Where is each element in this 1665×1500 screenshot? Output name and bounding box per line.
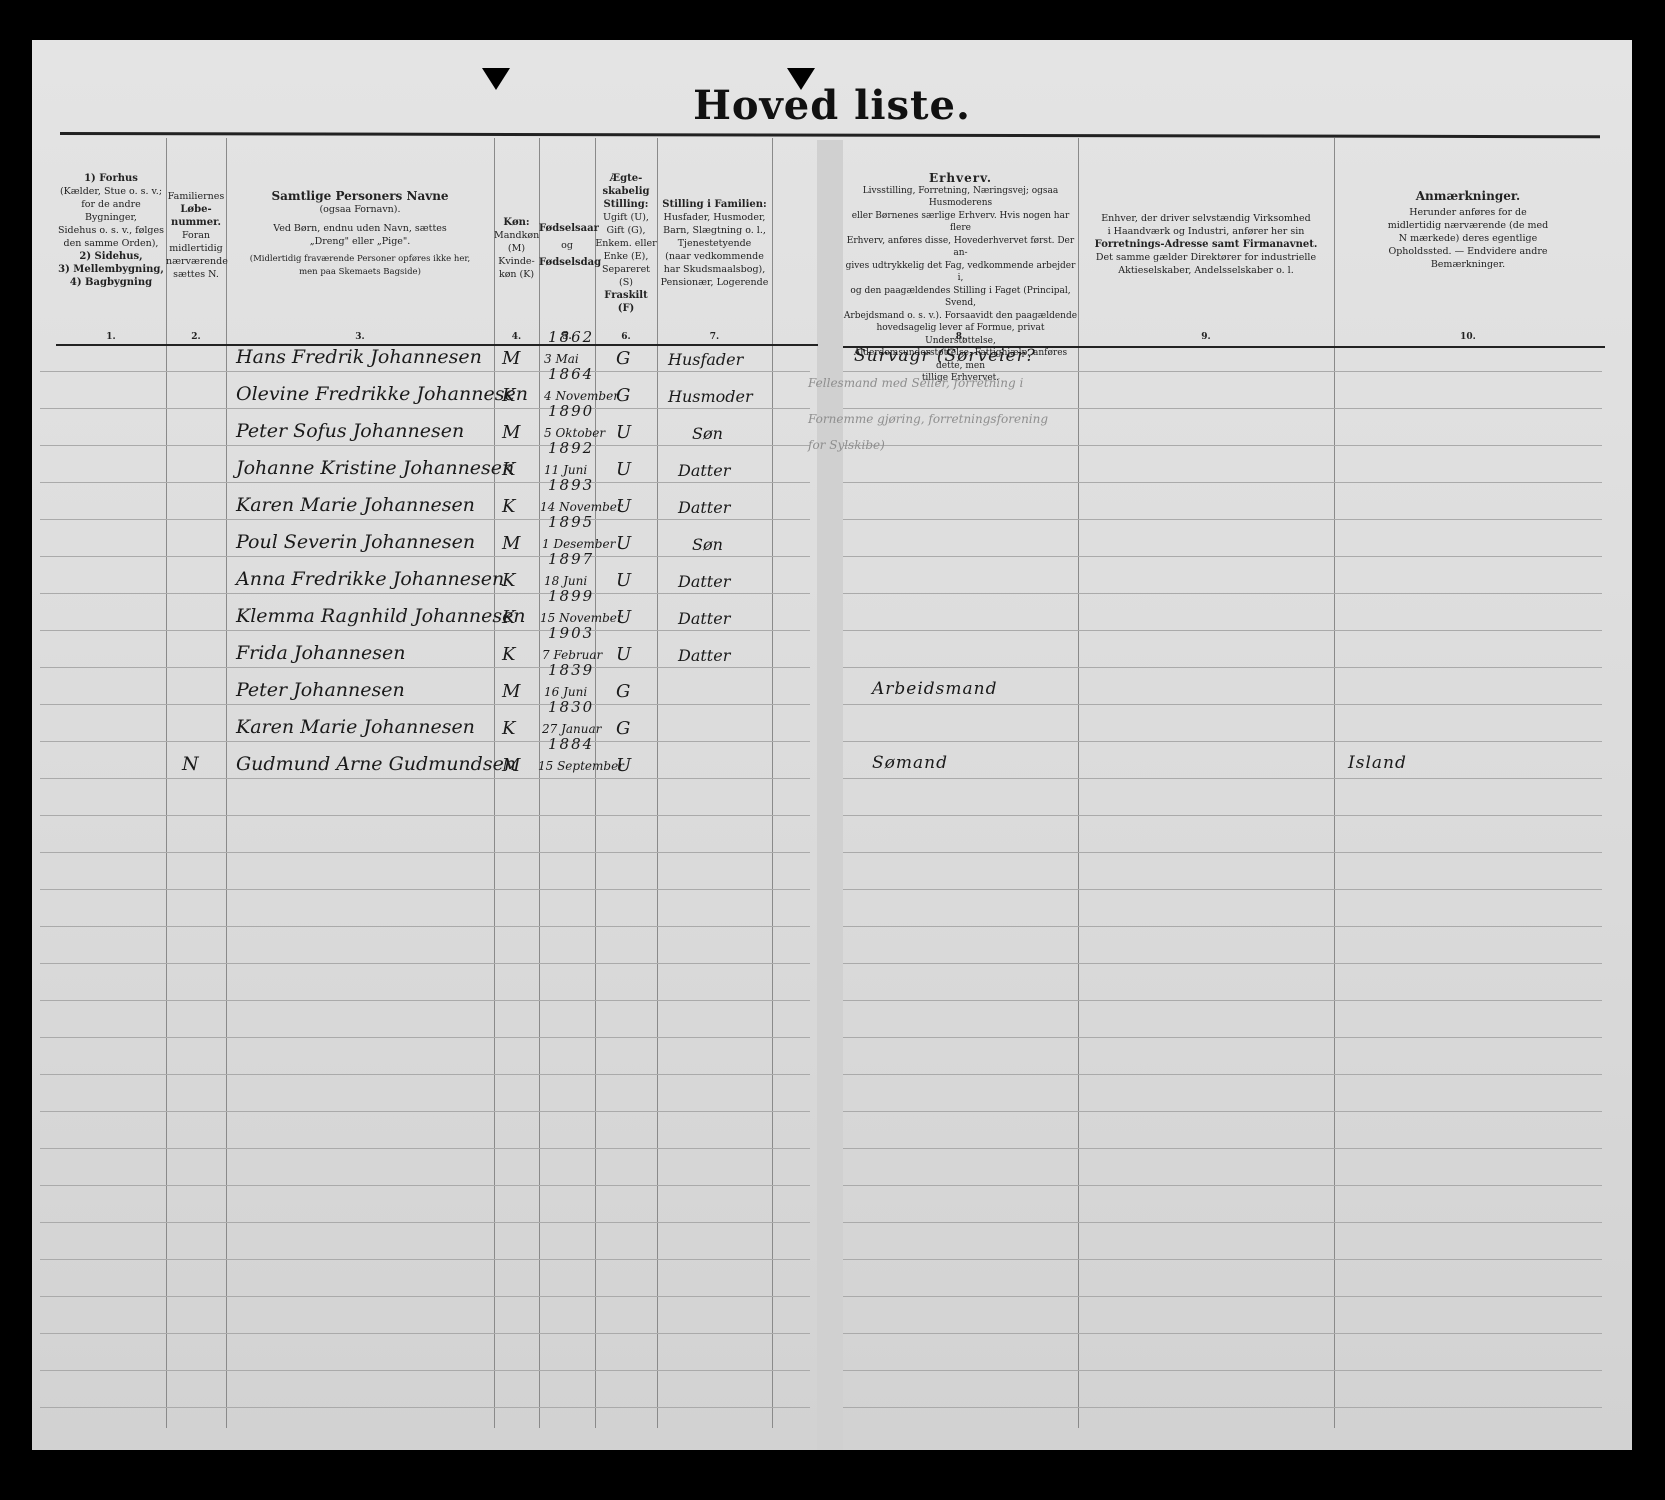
ruled-line: [843, 741, 1602, 742]
ruled-line: [40, 778, 810, 779]
column-number: 10.: [1334, 332, 1602, 342]
marital-status: U: [616, 533, 631, 554]
ruled-line: [843, 1407, 1602, 1408]
col7-header: Stilling i Familien: Husfader, Husmoder,…: [657, 198, 772, 289]
ruled-line: [40, 1148, 810, 1149]
birth-day: 15 November: [540, 611, 623, 625]
birth-day: 3 Mai: [544, 352, 579, 366]
ruled-line: [843, 445, 1602, 446]
ruled-line: [843, 667, 1602, 668]
birth-day: 14 November: [540, 500, 623, 514]
ruled-line: [40, 519, 810, 520]
ruled-line: [843, 1333, 1602, 1334]
birth-year: 1862: [548, 328, 594, 346]
person-name: Poul Severin Johannesen: [236, 531, 475, 553]
birth-year: 1892: [548, 439, 594, 457]
ruled-line: [843, 926, 1602, 927]
person-name: Karen Marie Johannesen: [236, 494, 475, 516]
person-name: Frida Johannesen: [236, 642, 405, 664]
family-number: N: [182, 753, 199, 775]
birth-day: 18 Juni: [544, 574, 587, 588]
ruled-line: [40, 667, 810, 668]
col2-header: Familiernes Løbe- nummer. Foran midlerti…: [166, 190, 226, 281]
birth-day: 27 Januar: [542, 722, 601, 736]
ruled-line: [843, 778, 1602, 779]
column-divider: [772, 138, 773, 1428]
ruled-line: [40, 482, 810, 483]
column-number: 4.: [494, 332, 539, 342]
ruled-line: [843, 1185, 1602, 1186]
family-role: Datter: [678, 461, 730, 480]
family-role: Datter: [678, 498, 730, 517]
marital-status: U: [616, 755, 631, 776]
ruled-line: [843, 889, 1602, 890]
ruled-line: [843, 593, 1602, 594]
person-name: Peter Sofus Johannesen: [236, 420, 464, 442]
ruled-line: [843, 630, 1602, 631]
col10-header: Anmærkninger. Herunder anføres for de mi…: [1334, 190, 1602, 271]
col9-header: Enhver, der driver selvstændig Virksomhe…: [1078, 212, 1334, 277]
marital-status: U: [616, 422, 631, 443]
person-name: Peter Johannesen: [236, 679, 405, 701]
birth-day: 15 September: [538, 759, 624, 773]
birth-year: 1897: [548, 550, 594, 568]
sex: M: [502, 681, 520, 702]
ruled-line: [40, 963, 810, 964]
ruled-line: [40, 1407, 810, 1408]
birth-year: 1903: [548, 624, 594, 642]
ruled-line: [40, 741, 810, 742]
sex: K: [502, 570, 515, 591]
person-name: Karen Marie Johannesen: [236, 716, 475, 738]
occupation: Survagr (Sørveier?: [854, 346, 1036, 366]
sex: K: [502, 385, 515, 406]
marital-status: G: [616, 718, 630, 739]
sex: M: [502, 533, 520, 554]
ruled-line: [843, 556, 1602, 557]
page-gutter: [817, 140, 843, 1450]
family-role: Søn: [692, 535, 723, 554]
birth-day: 11 Juni: [544, 463, 587, 477]
ruled-line: [40, 1222, 810, 1223]
ruled-line: [843, 519, 1602, 520]
occupation-note: Fellesmand med Seiler, forretning i: [808, 376, 1023, 390]
column-number: 3.: [226, 332, 494, 342]
ruled-line: [843, 1037, 1602, 1038]
marital-status: G: [616, 681, 630, 702]
marital-status: U: [616, 644, 631, 665]
birth-day: 1 Desember: [542, 537, 615, 551]
col6-header: Ægte- skabelig Stilling: Ugift (U), Gift…: [595, 172, 657, 315]
marital-status: U: [616, 496, 631, 517]
column-number: 8.: [843, 332, 1078, 342]
ruled-line: [843, 1111, 1602, 1112]
birth-year: 1839: [548, 661, 594, 679]
sex: K: [502, 459, 515, 480]
occupation-note: for Sylskibe): [808, 438, 885, 452]
ruled-line: [40, 593, 810, 594]
sex: K: [502, 496, 515, 517]
family-role: Datter: [678, 646, 730, 665]
marital-status: U: [616, 570, 631, 591]
birth-year: 1890: [548, 402, 594, 420]
remarks: Island: [1348, 753, 1407, 773]
birth-day: 4 November: [544, 389, 619, 403]
ruled-line: [843, 1222, 1602, 1223]
family-role: Søn: [692, 424, 723, 443]
marital-status: U: [616, 607, 631, 628]
ruled-line: [40, 630, 810, 631]
birth-year: 1893: [548, 476, 594, 494]
ruled-line: [40, 1000, 810, 1001]
column-number: 7.: [657, 332, 772, 342]
birth-year: 1899: [548, 587, 594, 605]
birth-day: 5 Oktober: [544, 426, 605, 440]
person-name: Johanne Kristine Johannesen: [236, 457, 514, 479]
ruled-line: [40, 408, 810, 409]
marital-status: U: [616, 459, 631, 480]
ruled-line: [40, 556, 810, 557]
ruled-line: [843, 371, 1602, 372]
ruled-line: [40, 1037, 810, 1038]
ruled-line: [843, 482, 1602, 483]
sex: K: [502, 718, 515, 739]
ruled-line: [40, 445, 810, 446]
ruled-line: [843, 704, 1602, 705]
ruled-line: [40, 1074, 810, 1075]
sex: M: [502, 348, 520, 369]
ruled-line: [40, 1111, 810, 1112]
ruled-line: [843, 1148, 1602, 1149]
census-form-page: Hoved liste. 1) Forhus (Kælder, Stue o. …: [32, 40, 1632, 1450]
ruled-line: [843, 1296, 1602, 1297]
sex: K: [502, 644, 515, 665]
person-name: Anna Fredrikke Johannesen: [236, 568, 504, 590]
marital-status: G: [616, 385, 630, 406]
ruled-line: [843, 963, 1602, 964]
person-name: Gudmund Arne Gudmundsen: [236, 753, 516, 775]
ruled-line: [40, 1185, 810, 1186]
col5-header: Fødselsaar og Fødselsdag: [539, 222, 595, 269]
ruled-line: [40, 889, 810, 890]
ruled-line: [40, 1333, 810, 1334]
ruled-line: [40, 1259, 810, 1260]
ruled-line: [843, 852, 1602, 853]
column-number: 9.: [1078, 332, 1334, 342]
ruled-line: [40, 1296, 810, 1297]
birth-year: 1830: [548, 698, 594, 716]
family-role: Datter: [678, 609, 730, 628]
col4-header: Køn: Mandkøn (M) Kvinde- køn (K): [494, 216, 539, 281]
ruled-line: [843, 1074, 1602, 1075]
sex: K: [502, 607, 515, 628]
ruled-line: [40, 926, 810, 927]
column-number: 2.: [166, 332, 226, 342]
ruled-line: [843, 1000, 1602, 1001]
occupation: Arbeidsmand: [872, 679, 997, 699]
birth-day: 7 Februar: [542, 648, 602, 662]
marital-status: G: [616, 348, 630, 369]
sex: M: [502, 422, 520, 443]
ruled-line: [40, 815, 810, 816]
family-role: Datter: [678, 572, 730, 591]
sex: M: [502, 755, 520, 776]
ruled-line: [40, 852, 810, 853]
ruled-line: [843, 815, 1602, 816]
birth-year: 1895: [548, 513, 594, 531]
ruled-line: [40, 1370, 810, 1371]
birth-day: 16 Juni: [544, 685, 587, 699]
ruled-line: [843, 1370, 1602, 1371]
person-name: Olevine Fredrikke Johannesen: [236, 383, 528, 405]
column-number: 6.: [595, 332, 657, 342]
ruled-line: [40, 704, 810, 705]
occupation-note: Fornemme gjøring, forretningsforening: [808, 412, 1048, 426]
ruled-line: [843, 408, 1602, 409]
birth-year: 1884: [548, 735, 594, 753]
ruled-line: [843, 1259, 1602, 1260]
family-role: Husfader: [668, 350, 743, 369]
form-title: Hoved liste.: [32, 82, 1632, 129]
family-role: Husmoder: [668, 387, 753, 406]
birth-year: 1864: [548, 365, 594, 383]
column-number: 1.: [56, 332, 166, 342]
col1-header: 1) Forhus (Kælder, Stue o. s. v.; for de…: [56, 172, 166, 289]
occupation: Sømand: [872, 753, 948, 773]
person-name: Klemma Ragnhild Johannesen: [236, 605, 526, 627]
ruled-line: [40, 371, 810, 372]
title-rule: [60, 132, 1600, 138]
person-name: Hans Fredrik Johannesen: [236, 346, 482, 368]
col3-header: Samtlige Personers Navne (ogsaa Fornavn)…: [226, 190, 494, 279]
